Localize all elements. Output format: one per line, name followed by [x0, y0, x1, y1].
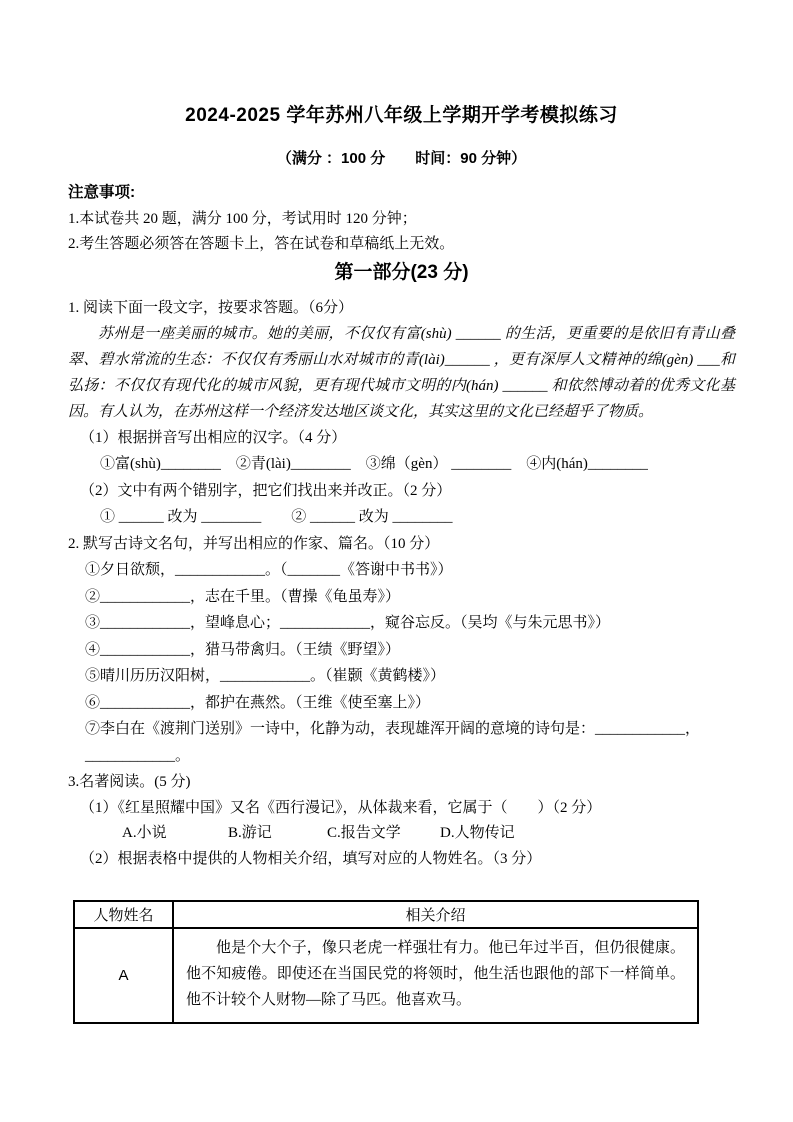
q2-item-4: ④____________，猎马带禽归。（王绩《野望》）: [85, 637, 735, 664]
doc-title: 2024-2025 学年苏州八年级上学期开学考模拟练习: [68, 103, 735, 128]
q3-sub1: （1）《红星照耀中国》又名《西行漫记》，从体裁来看，它属于（ ）（2 分）: [80, 795, 735, 821]
characters-table: 人物姓名 相关介绍 A 他是个大个子，像只老虎一样强壮有力。他已年过半百，但仍很…: [73, 900, 699, 1024]
notice-heading: 注意事项:: [68, 182, 735, 204]
character-name-cell: A: [74, 928, 173, 1023]
q2-stem: 2. 默写古诗文名句，并写出相应的作家、篇名。（10 分）: [68, 531, 735, 557]
q1-pinyin-blanks: ①富(shù)________ ②青(lài)________ ③绵（gèn） …: [100, 451, 735, 478]
q3-sub2: （2）根据表格中提供的人物相关介绍，填写对应的人物姓名。（3 分）: [80, 846, 735, 872]
q2-item-3: ③____________，望峰息心；____________，窥谷忘反。（吴均…: [85, 610, 735, 637]
option-b: B.游记: [228, 821, 327, 846]
q1-sub1: （1）根据拼音写出相应的汉字。（4 分）: [80, 425, 735, 451]
option-a: A.小说: [122, 821, 228, 846]
exam-score-time-info: （满分 ：100 分 时间：90 分钟）: [68, 149, 735, 169]
table-row: A 他是个大个子，像只老虎一样强壮有力。他已年过半百，但仍很健康。他不知疲倦。即…: [74, 928, 698, 1023]
option-c: C.报告文学: [327, 821, 440, 846]
q2-item-2: ②____________，志在千里。（曹操《龟虽寿》）: [85, 584, 735, 611]
q2-item-7-continuation: ____________。: [85, 743, 735, 770]
exam-page: 2024-2025 学年苏州八年级上学期开学考模拟练习 （满分 ：100 分 时…: [0, 0, 793, 1024]
table-header-row: 人物姓名 相关介绍: [74, 901, 698, 928]
table-header-desc: 相关介绍: [173, 901, 698, 928]
q1-sub2: （2）文中有两个错别字，把它们找出来并改正。（2 分）: [80, 478, 735, 504]
q2-item-5: ⑤晴川历历汉阳树，____________。（崔颢《黄鹤楼》）: [85, 663, 735, 690]
notice-item-2: 2.考生答题必须答在答题卡上，答在试卷和草稿纸上无效。: [68, 232, 735, 257]
q1-correction-blanks: ① ______ 改为 ________ ② ______ 改为 _______…: [100, 504, 735, 531]
q2-item-6: ⑥____________，都护在燕然。（王维《使至塞上》）: [85, 690, 735, 717]
q3-options-row: A.小说B.游记C.报告文学D.人物传记: [122, 821, 735, 846]
table-header-name: 人物姓名: [74, 901, 173, 928]
q2-item-7: ⑦李白在《渡荆门送别》一诗中，化静为动，表现雄浑开阔的意境的诗句是：______…: [85, 716, 735, 743]
q1-stem: 1. 阅读下面一段文字，按要求答题。（6分）: [68, 295, 735, 321]
notice-item-1: 1.本试卷共 20 题，满分 100 分，考试用时 120 分钟；: [68, 207, 735, 232]
character-desc-cell: 他是个大个子，像只老虎一样强壮有力。他已年过半百，但仍很健康。他不知疲倦。即使还…: [173, 928, 698, 1023]
option-d: D.人物传记: [440, 821, 515, 846]
q1-passage: 苏州是一座美丽的城市。她的美丽，不仅仅有富(shù) ______ 的生活，更重…: [68, 321, 735, 425]
part1-heading: 第一部分(23 分): [68, 260, 735, 286]
q2-item-1: ①夕日欲颓，____________。（_______《答谢中书书》）: [85, 557, 735, 584]
q3-stem: 3.名著阅读。(5 分): [68, 769, 735, 795]
